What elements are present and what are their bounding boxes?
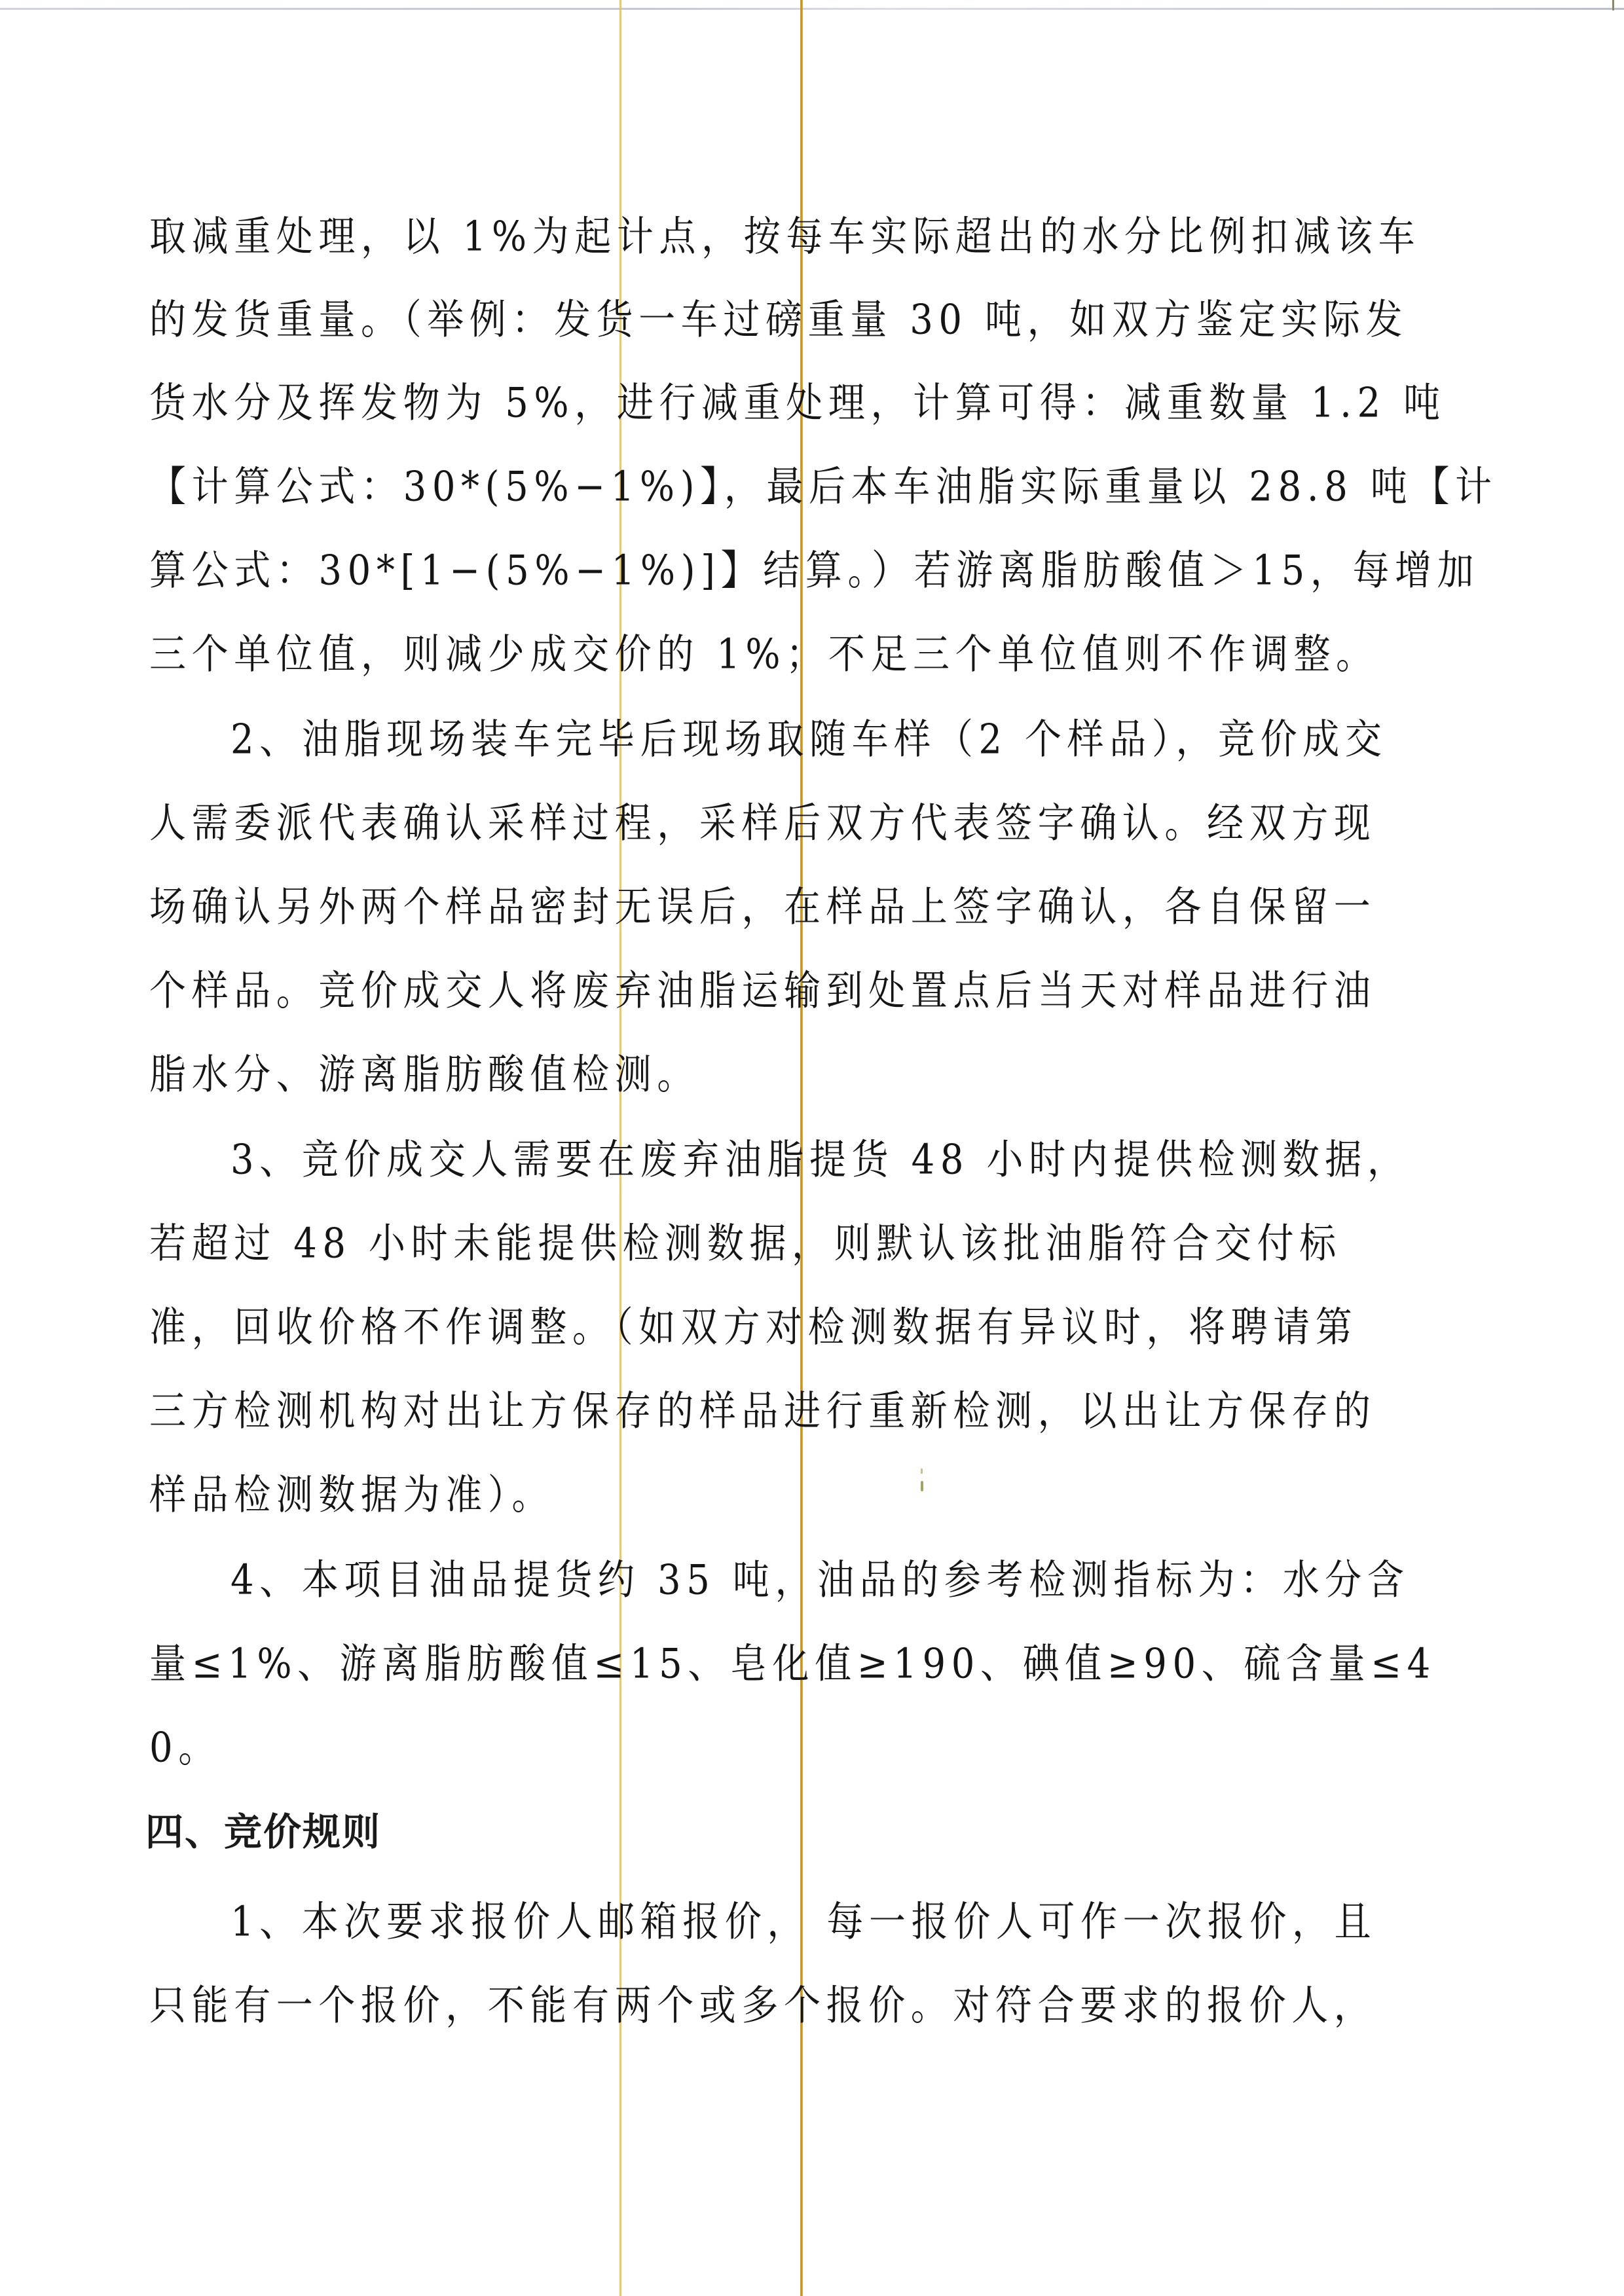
- text-line: 若超过 48 小时未能提供检测数据，则默认该批油脂符合交付标: [149, 1218, 1466, 1271]
- text-line: 0。: [149, 1722, 1466, 1775]
- text-line: 脂水分、游离脂肪酸值检测。: [149, 1049, 1466, 1102]
- text-line: 货水分及挥发物为 5%，进行减重处理，计算可得：减重数量 1.2 吨: [149, 377, 1466, 430]
- text-line: 量≤1%、游离脂肪酸值≤15、皂化值≥190、碘值≥90、硫含量≤4: [149, 1638, 1466, 1691]
- text-line: 准，回收价格不作调整。（如双方对检测数据有异议时，将聘请第: [149, 1302, 1466, 1355]
- text-line: 样品检测数据为准）。: [149, 1469, 1466, 1522]
- section-heading: 四、竞价规则: [145, 1808, 381, 1855]
- text-line: 的发货重量。（举例：发货一车过磅重量 30 吨，如双方鉴定实际发: [149, 294, 1466, 347]
- text-line: 3、竞价成交人需要在废弃油脂提货 48 小时内提供检测数据，: [231, 1134, 1547, 1187]
- text-line: 1、本次要求报价人邮箱报价， 每一报价人可作一次报价，且: [231, 1896, 1547, 1949]
- text-line: 4、本项目油品提货约 35 吨，油品的参考检测指标为：水分含: [231, 1554, 1547, 1607]
- text-line: 三个单位值，则减少成交价的 1%；不足三个单位值则不作调整。: [149, 629, 1466, 682]
- text-line: 场确认另外两个样品密封无误后，在样品上签字确认，各自保留一: [149, 881, 1466, 934]
- text-line: 个样品。竞价成交人将废弃油脂运输到处置点后当天对样品进行油: [149, 965, 1466, 1018]
- text-line: 人需委派代表确认采样过程，采样后双方代表签字确认。经双方现: [149, 797, 1466, 850]
- scan-corner-mark: [1612, 0, 1614, 10]
- text-line: 2、油脂现场装车完毕后现场取随车样（2 个样品），竞价成交: [231, 714, 1547, 767]
- text-line: 【计算公式：30*(5%−1%)】，最后本车油脂实际重量以 28.8 吨【计: [149, 461, 1466, 514]
- text-line: 三方检测机构对出让方保存的样品进行重新检测，以出让方保存的: [149, 1385, 1466, 1438]
- text-line: 取减重处理，以 1%为起计点，按每车实际超出的水分比例扣减该车: [149, 211, 1466, 264]
- text-line: 只能有一个报价，不能有两个或多个报价。对符合要求的报价人，: [149, 1980, 1466, 2033]
- text-line: 算公式：30*[1−(5%−1%)]】结算。）若游离脂肪酸值＞15，每增加: [149, 545, 1466, 598]
- scan-top-rule: [0, 8, 1624, 10]
